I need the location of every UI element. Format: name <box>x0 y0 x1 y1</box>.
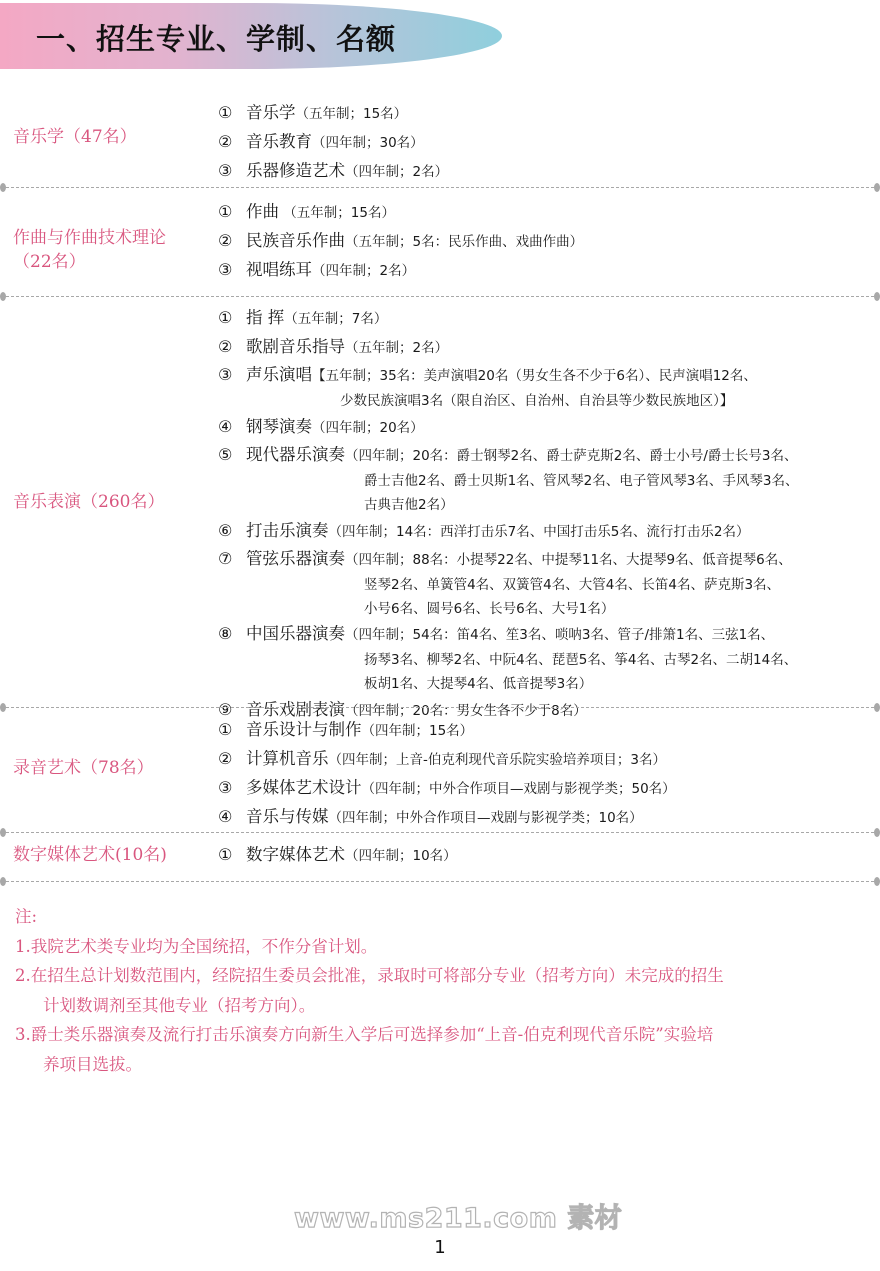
major-list: ①音乐设计与制作（四年制；15名） ②计算机音乐（四年制；上音-伯克利现代音乐院… <box>218 716 676 832</box>
watermark: www.ms211.com 素材 <box>294 1196 622 1235</box>
section-title-banner: 一、招生专业、学制、名额 <box>0 3 502 69</box>
section-divider <box>6 832 874 833</box>
list-item: ⑥打击乐演奏（四年制；14名：西洋打击乐7名、中国打击乐5名、流行打击乐2名） <box>218 517 798 546</box>
list-item: ①数字媒体艺术（四年制；10名） <box>218 841 457 870</box>
category-label: 录音艺术（78名） <box>13 756 154 780</box>
category-label: 音乐表演（260名） <box>13 490 164 514</box>
list-item-continuation: 扬琴3名、柳琴2名、中阮4名、琵琶5名、筝4名、古琴2名、二胡14名、 <box>218 648 798 672</box>
list-item: ①作曲 （五年制；15名） <box>218 198 583 227</box>
list-item: ③多媒体艺术设计（四年制；中外合作项目—戏剧与影视学类；50名） <box>218 774 676 803</box>
list-item: ②计算机音乐（四年制；上音-伯克利现代音乐院实验培养项目；3名） <box>218 745 676 774</box>
section-divider <box>6 296 874 297</box>
page-title: 一、招生专业、学制、名额 <box>36 17 396 58</box>
major-list: ①作曲 （五年制；15名） ②民族音乐作曲（五年制；5名：民乐作曲、戏曲作曲） … <box>218 198 583 285</box>
list-item: ④音乐与传媒（四年制；中外合作项目—戏剧与影视学类；10名） <box>218 803 676 832</box>
list-item: ③视唱练耳（四年制；2名） <box>218 256 583 285</box>
category-label: 数字媒体艺术(10名) <box>13 843 167 867</box>
category-label: 作曲与作曲技术理论 （22名） <box>13 226 166 274</box>
list-item: ①音乐学（五年制；15名） <box>218 99 448 128</box>
list-item: ③声乐演唱【五年制；35名：美声演唱20名（男女生各不少于6名）、民声演唱12名… <box>218 362 798 389</box>
list-item-continuation: 板胡1名、大提琴4名、低音提琴3名） <box>218 672 798 696</box>
list-item: ②音乐教育（四年制；30名） <box>218 128 448 157</box>
note-item-continuation: 养项目选拔。 <box>15 1050 875 1080</box>
list-item-continuation: 古典吉他2名） <box>218 493 798 517</box>
section-divider <box>6 881 874 882</box>
list-item: ④钢琴演奏（四年制；20名） <box>218 413 798 442</box>
section-divider <box>6 707 874 708</box>
note-item: 1.我院艺术类专业均为全国统招，不作分省计划。 <box>15 932 875 962</box>
notes-title: 注: <box>15 902 875 932</box>
category-label: 音乐学（47名） <box>13 125 137 149</box>
list-item: ⑧中国乐器演奏（四年制；54名：笛4名、笙3名、唢呐3名、管子/排箫1名、三弦1… <box>218 621 798 648</box>
major-list: ①数字媒体艺术（四年制；10名） <box>218 841 457 870</box>
list-item-continuation: 竖琴2名、单簧管4名、双簧管4名、大管4名、长笛4名、萨克斯3名、 <box>218 573 798 597</box>
list-item-continuation: 爵士吉他2名、爵士贝斯1名、管风琴2名、电子管风琴3名、手风琴3名、 <box>218 469 798 493</box>
list-item: ⑤现代器乐演奏（四年制；20名：爵士钢琴2名、爵士萨克斯2名、爵士小号/爵士长号… <box>218 442 798 469</box>
notes-block: 注: 1.我院艺术类专业均为全国统招，不作分省计划。 2.在招生总计划数范围内，… <box>15 902 875 1079</box>
major-list: ①音乐学（五年制；15名） ②音乐教育（四年制；30名） ③乐器修造艺术（四年制… <box>218 99 448 186</box>
list-item-continuation: 少数民族演唱3名（限自治区、自治州、自治县等少数民族地区）】 <box>218 389 798 413</box>
list-item: ③乐器修造艺术（四年制；2名） <box>218 157 448 186</box>
page-number: 1 <box>0 1237 880 1258</box>
note-item: 3.爵士类乐器演奏及流行打击乐演奏方向新生入学后可选择参加“上音-伯克利现代音乐… <box>15 1020 875 1050</box>
list-item-continuation: 小号6名、圆号6名、长号6名、大号1名） <box>218 597 798 621</box>
note-item-continuation: 计划数调剂至其他专业（招考方向）。 <box>15 991 875 1021</box>
note-item: 2.在招生总计划数范围内，经院招生委员会批准，录取时可将部分专业（招考方向）未完… <box>15 961 875 991</box>
list-item: ②歌剧音乐指导（五年制；2名） <box>218 333 798 362</box>
section-divider <box>6 187 874 188</box>
list-item: ①指 挥（五年制；7名） <box>218 304 798 333</box>
major-list: ①指 挥（五年制；7名） ②歌剧音乐指导（五年制；2名） ③声乐演唱【五年制；3… <box>218 304 798 725</box>
list-item: ⑦管弦乐器演奏（四年制；88名：小提琴22名、中提琴11名、大提琴9名、低音提琴… <box>218 546 798 573</box>
list-item: ②民族音乐作曲（五年制；5名：民乐作曲、戏曲作曲） <box>218 227 583 256</box>
list-item: ①音乐设计与制作（四年制；15名） <box>218 716 676 745</box>
